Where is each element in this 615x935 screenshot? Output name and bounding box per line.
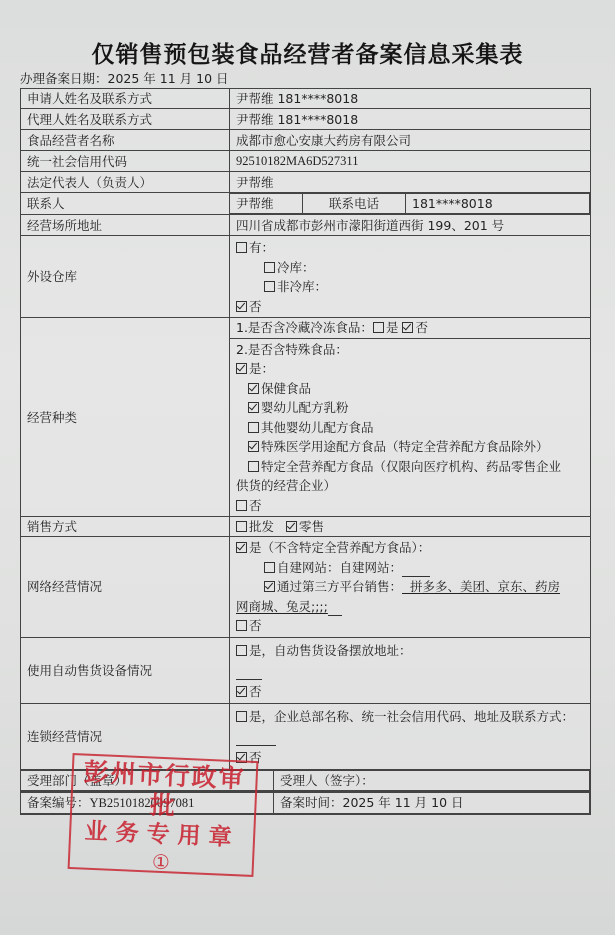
special-food-item: 其他婴幼儿配方食品 <box>236 418 584 438</box>
vending-no: 否 <box>236 682 584 702</box>
special-food-item: 特定全营养配方食品（仅限向医疗机构、药品零售企业 <box>236 457 584 477</box>
own-site-checkbox[interactable] <box>264 562 275 573</box>
vending-yes-checkbox[interactable] <box>236 645 247 656</box>
online-no: 否 <box>236 616 584 636</box>
credit-code-value: 92510182MA6D527311 <box>230 151 591 172</box>
legal-rep-value: 尹帮维 <box>230 172 591 193</box>
row-dept: 受理部门（盖章） 受理人（签字）： <box>21 769 591 791</box>
health-food-checkbox[interactable] <box>248 383 259 394</box>
agent-value: 尹帮维 181****8018 <box>230 109 591 130</box>
record-number: 备案编号：YB25101820097081 <box>21 792 274 813</box>
chain-no-checkbox[interactable] <box>236 752 247 763</box>
chain-yes: 是，企业总部名称、统一社会信用代码、地址及联系方式： <box>236 707 584 727</box>
warehouse-label: 外设仓库 <box>21 236 230 318</box>
row-sales-method: 销售方式 批发 零售 <box>21 517 591 537</box>
row-chain: 连锁经营情况 是，企业总部名称、统一社会信用代码、地址及联系方式： 否 <box>21 703 591 769</box>
chain-no: 否 <box>236 748 584 768</box>
medical-food-checkbox[interactable] <box>248 441 259 452</box>
online-no-checkbox[interactable] <box>236 620 247 631</box>
credit-code-label: 统一社会信用代码 <box>21 151 230 172</box>
row-online: 网络经营情况 是（不含特定全营养配方食品）： 自建网站：自建网站： 通过第三方平… <box>21 537 591 638</box>
warehouse-yes: 有： <box>236 238 584 258</box>
own-site-blank[interactable] <box>402 564 430 577</box>
cold-food-no-checkbox[interactable] <box>402 322 413 333</box>
registration-form-table: 申请人姓名及联系方式 尹帮维 181****8018 代理人姓名及联系方式 尹帮… <box>20 88 591 815</box>
row-legal-rep: 法定代表人（负责人） 尹帮维 <box>21 172 591 193</box>
dept-label: 受理部门（盖章） <box>21 770 274 790</box>
stamp-line-3: ① <box>69 845 252 879</box>
document-title: 仅销售预包装食品经营者备案信息采集表 <box>0 36 615 69</box>
legal-rep-label: 法定代表人（负责人） <box>21 172 230 193</box>
contact-phone: 181****8018 <box>406 194 590 214</box>
special-food-item: 保健食品 <box>236 379 584 399</box>
contact-label: 联系人 <box>21 193 230 215</box>
warehouse-yes-checkbox[interactable] <box>236 242 247 253</box>
receiver-label: 受理人（签字）： <box>274 770 590 790</box>
filing-date-label: 办理备案日期： <box>20 71 108 86</box>
row-vending: 使用自动售货设备情况 是，自动售货设备摆放地址： 否 <box>21 637 591 703</box>
row-warehouse: 外设仓库 有： 冷库： 非冷库： 否 <box>21 236 591 318</box>
row-record: 备案编号：YB25101820097081 备案时间：2025 年 11 月 1… <box>21 791 591 814</box>
filing-date-value: 2025 年 11 月 10 日 <box>108 71 229 86</box>
online-third-party: 通过第三方平台销售： 拼多多、美团、京东、药房 <box>236 577 584 597</box>
cold-food-question: 1.是否含冷藏冷冻食品：是 否 <box>236 318 584 338</box>
third-party-checkbox[interactable] <box>264 581 275 592</box>
row-applicant: 申请人姓名及联系方式 尹帮维 181****8018 <box>21 89 591 109</box>
applicant-label: 申请人姓名及联系方式 <box>21 89 230 109</box>
warehouse-non-cold: 非冷库： <box>236 277 584 297</box>
online-label: 网络经营情况 <box>21 537 230 638</box>
contact-name: 尹帮维 <box>230 194 303 214</box>
warehouse-non-cold-checkbox[interactable] <box>264 281 275 292</box>
special-food-no: 否 <box>236 496 584 516</box>
filing-date: 办理备案日期：2025 年 11 月 10 日 <box>20 69 229 87</box>
address-label: 经营场所地址 <box>21 215 230 236</box>
online-third-party-continued: 网商城、兔灵;;;; <box>236 597 584 617</box>
vending-label: 使用自动售货设备情况 <box>21 637 230 703</box>
vending-address-blank <box>236 660 584 682</box>
operator-name-value: 成都市愈心安康大药房有限公司 <box>230 130 591 151</box>
warehouse-cold-checkbox[interactable] <box>264 262 275 273</box>
row-business-type-q1: 经营种类 1.是否含冷藏冷冻食品：是 否 <box>21 318 591 339</box>
wholesale-checkbox[interactable] <box>236 521 247 532</box>
infant-formula-checkbox[interactable] <box>248 402 259 413</box>
chain-label: 连锁经营情况 <box>21 703 230 769</box>
address-value: 四川省成都市彭州市濛阳街道西街 199、201 号 <box>230 215 591 236</box>
vending-no-checkbox[interactable] <box>236 686 247 697</box>
row-address: 经营场所地址 四川省成都市彭州市濛阳街道西街 199、201 号 <box>21 215 591 236</box>
chain-yes-checkbox[interactable] <box>236 711 247 722</box>
row-operator-name: 食品经营者名称 成都市愈心安康大药房有限公司 <box>21 130 591 151</box>
warehouse-cold: 冷库： <box>236 258 584 278</box>
applicant-value: 尹帮维 181****8018 <box>230 89 591 109</box>
stamp-line-2: 业务专用章 <box>71 817 254 853</box>
special-food-item-continuation: 供货的经营企业） <box>236 476 584 496</box>
full-nutrition-food-checkbox[interactable] <box>248 461 259 472</box>
document-page: 仅销售预包装食品经营者备案信息采集表 办理备案日期：2025 年 11 月 10… <box>0 0 615 935</box>
special-food-yes: 是： <box>236 359 584 379</box>
operator-name-label: 食品经营者名称 <box>21 130 230 151</box>
warehouse-no-checkbox[interactable] <box>236 301 247 312</box>
special-food-item: 婴幼儿配方乳粉 <box>236 398 584 418</box>
online-yes-checkbox[interactable] <box>236 542 247 553</box>
vending-yes: 是，自动售货设备摆放地址： <box>236 641 584 661</box>
agent-label: 代理人姓名及联系方式 <box>21 109 230 130</box>
online-own-site: 自建网站：自建网站： <box>236 558 584 578</box>
row-agent: 代理人姓名及联系方式 尹帮维 181****8018 <box>21 109 591 130</box>
third-party-platforms: 拼多多、美团、京东、药房 <box>402 579 560 594</box>
business-type-label: 经营种类 <box>21 318 230 517</box>
special-food-item: 特殊医学用途配方食品（特定全营养配方食品除外） <box>236 437 584 457</box>
online-yes: 是（不含特定全营养配方食品）： <box>236 538 584 558</box>
cold-food-yes-checkbox[interactable] <box>373 322 384 333</box>
retail-checkbox[interactable] <box>286 521 297 532</box>
special-food-question: 2.是否含特殊食品： <box>236 340 584 360</box>
special-food-no-checkbox[interactable] <box>236 500 247 511</box>
sales-method-label: 销售方式 <box>21 517 230 537</box>
row-contact: 联系人 尹帮维 联系电话 181****8018 <box>21 193 591 215</box>
chain-info-blank <box>236 726 584 748</box>
record-time: 备案时间：2025 年 11 月 10 日 <box>274 792 590 813</box>
contact-phone-label: 联系电话 <box>303 194 406 214</box>
other-infant-food-checkbox[interactable] <box>248 422 259 433</box>
row-credit-code: 统一社会信用代码 92510182MA6D527311 <box>21 151 591 172</box>
warehouse-no: 否 <box>236 297 584 317</box>
special-food-yes-checkbox[interactable] <box>236 363 247 374</box>
